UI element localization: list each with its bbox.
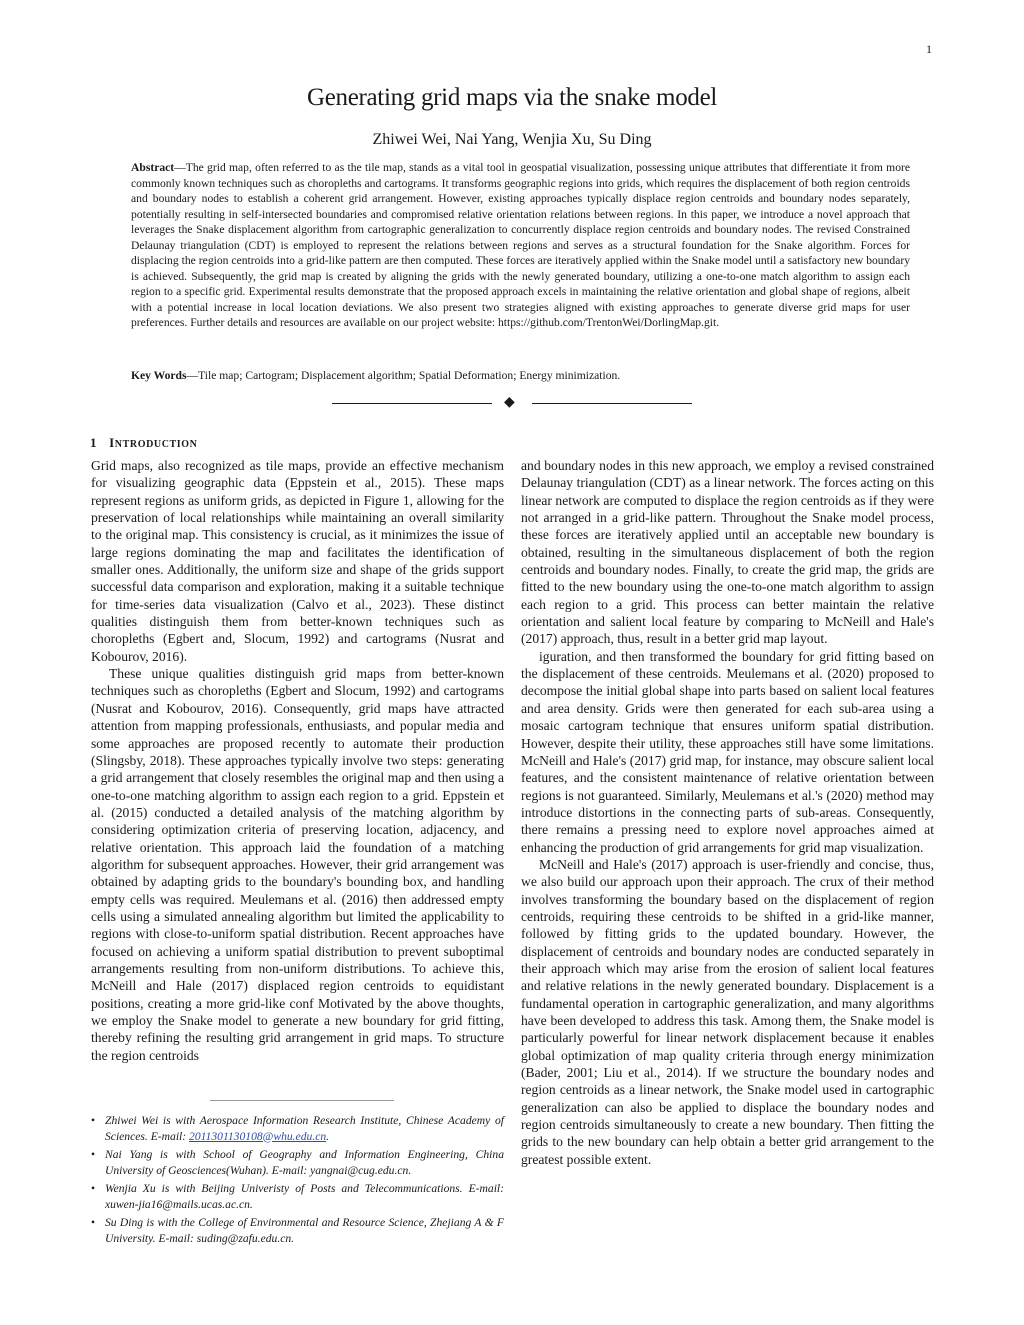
abstract-dash: —	[174, 161, 186, 174]
author-list: Zhiwei Wei, Nai Yang, Wenjia Xu, Su Ding	[0, 131, 1024, 149]
keywords-text: Tile map; Cartogram; Displacement algori…	[198, 369, 620, 382]
footnote-text-end: .	[326, 1130, 329, 1143]
diamond-icon: ◆	[504, 395, 515, 411]
bullet-icon: •	[91, 1181, 95, 1197]
bullet-icon: •	[91, 1113, 95, 1129]
keywords-label: Key Words	[131, 369, 187, 382]
footnote-text: Wenjia Xu is with Beijing Univeristy of …	[105, 1182, 504, 1211]
bullet-icon: •	[91, 1215, 95, 1231]
footnote-rule	[210, 1100, 394, 1101]
keywords-dash: —	[187, 369, 199, 382]
author-footnotes: •Zhiwei Wei is with Aerospace Informatio…	[91, 1113, 504, 1249]
body-paragraph: Grid maps, also recognized as tile maps,…	[91, 457, 504, 665]
keywords: Key Words—Tile map; Cartogram; Displacem…	[131, 368, 910, 383]
footnote-item: •Su Ding is with the College of Environm…	[91, 1215, 504, 1246]
separator-line-right	[532, 403, 692, 404]
body-paragraph: iguration, and then transformed the boun…	[521, 648, 934, 856]
abstract-label: Abstract	[131, 161, 174, 174]
paper-title: Generating grid maps via the snake model	[0, 84, 1024, 112]
body-column-right: and boundary nodes in this new approach,…	[521, 457, 934, 1168]
bullet-icon: •	[91, 1147, 95, 1163]
email-link[interactable]: 2011301130108@whu.edu.cn	[189, 1130, 326, 1143]
section-number: 1	[90, 435, 97, 450]
body-paragraph: McNeill and Hale's (2017) approach is us…	[521, 856, 934, 1168]
separator-line-left	[332, 403, 492, 404]
section-title-rest: NTRODUCTION	[115, 439, 198, 450]
body-column-left: Grid maps, also recognized as tile maps,…	[91, 457, 504, 1064]
footnote-item: •Wenjia Xu is with Beijing Univeristy of…	[91, 1181, 504, 1212]
body-paragraph: These unique qualities distinguish grid …	[91, 665, 504, 1064]
footnote-text: Nai Yang is with School of Geography and…	[105, 1148, 504, 1177]
footnote-text: Su Ding is with the College of Environme…	[105, 1216, 504, 1245]
section-separator: ◆	[332, 396, 692, 412]
section-heading-introduction: 1INTRODUCTION	[90, 435, 198, 451]
footnote-item: •Zhiwei Wei is with Aerospace Informatio…	[91, 1113, 504, 1144]
page-number: 1	[926, 42, 932, 57]
footnote-item: •Nai Yang is with School of Geography an…	[91, 1147, 504, 1178]
body-paragraph: and boundary nodes in this new approach,…	[521, 457, 934, 648]
abstract: Abstract—The grid map, often referred to…	[131, 160, 910, 331]
abstract-text: The grid map, often referred to as the t…	[131, 161, 910, 329]
